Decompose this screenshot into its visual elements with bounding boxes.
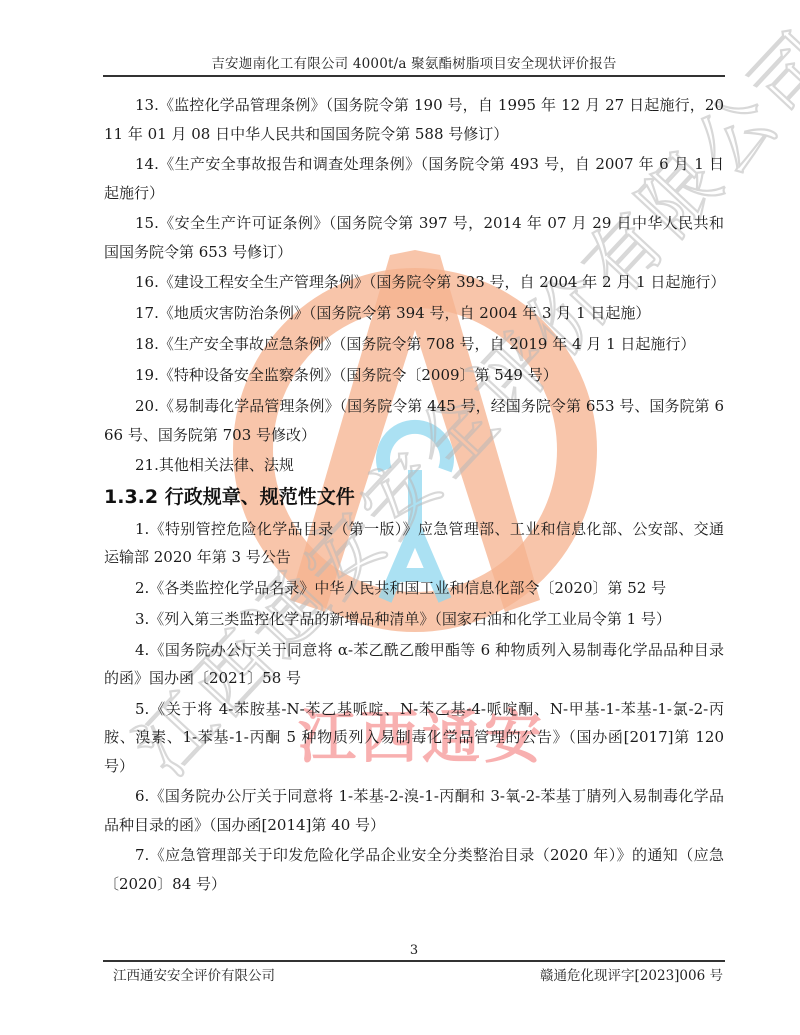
running-header-title: 吉安迦南化工有限公司 4000t/a 聚氨酯树脂项目安全现状评价报告 — [103, 52, 725, 72]
footer-doc-number: 赣通危化现评字[2023]006 号 — [540, 964, 723, 984]
section-heading: 1.3.2 行政规章、规范性文件 — [104, 482, 724, 512]
document-body: 13.《监控化学品管理条例》（国务院令第 190 号，自 1995 年 12 月… — [104, 91, 724, 900]
header-divider — [103, 75, 725, 77]
list-item: 17.《地质灾害防治条例》（国务院令第 394 号，自 2004 年 3 月 1… — [104, 299, 724, 328]
list-item: 13.《监控化学品管理条例》（国务院令第 190 号，自 1995 年 12 月… — [104, 91, 724, 148]
page-number: 3 — [103, 943, 725, 958]
list-item: 18.《生产安全事故应急条例》（国务院令第 708 号，自 2019 年 4 月… — [104, 330, 724, 359]
list-item: 2.《各类监控化学品名录》中华人民共和国工业和信息化部令〔2020〕第 52 号 — [104, 574, 724, 603]
list-item: 19.《特种设备安全监察条例》（国务院令〔2009〕第 549 号） — [104, 361, 724, 390]
list-item: 15.《安全生产许可证条例》（国务院令第 397 号，2014 年 07 月 2… — [104, 209, 724, 266]
list-item: 7.《应急管理部关于印发危险化学品企业安全分类整治目录（2020 年）》的通知（… — [104, 841, 724, 898]
list-item: 16.《建设工程安全生产管理条例》（国务院令第 393 号，自 2004 年 2… — [104, 268, 724, 297]
footer-divider — [103, 960, 725, 962]
list-item: 21.其他相关法律、法规 — [104, 451, 724, 480]
list-item: 1.《特别管控危险化学品目录（第一版）》应急管理部、工业和信息化部、公安部、交通… — [104, 515, 724, 572]
list-item: 4.《国务院办公厅关于同意将 α-苯乙酰乙酸甲酯等 6 种物质列入易制毒化学品品… — [104, 636, 724, 693]
document-page: 江西通安安全评价有限公司 江西通安 吉安迦南化工有限公司 4000t/a 聚氨酯… — [0, 0, 800, 1035]
list-item: 5.《关于将 4-苯胺基-N-苯乙基哌啶、N-苯乙基-4-哌啶酮、N-甲基-1-… — [104, 695, 724, 781]
list-item: 6.《国务院办公厅关于同意将 1-苯基-2-溴-1-丙酮和 3-氧-2-苯基丁腈… — [104, 782, 724, 839]
footer-company: 江西通安安全评价有限公司 — [113, 964, 275, 984]
list-item: 3.《列入第三类监控化学品的新增品种清单》（国家石油和化学工业局令第 1 号） — [104, 605, 724, 634]
list-item: 14.《生产安全事故报告和调查处理条例》（国务院令第 493 号，自 2007 … — [104, 150, 724, 207]
list-item: 20.《易制毒化学品管理条例》（国务院令第 445 号，经国务院令第 653 号… — [104, 392, 724, 449]
